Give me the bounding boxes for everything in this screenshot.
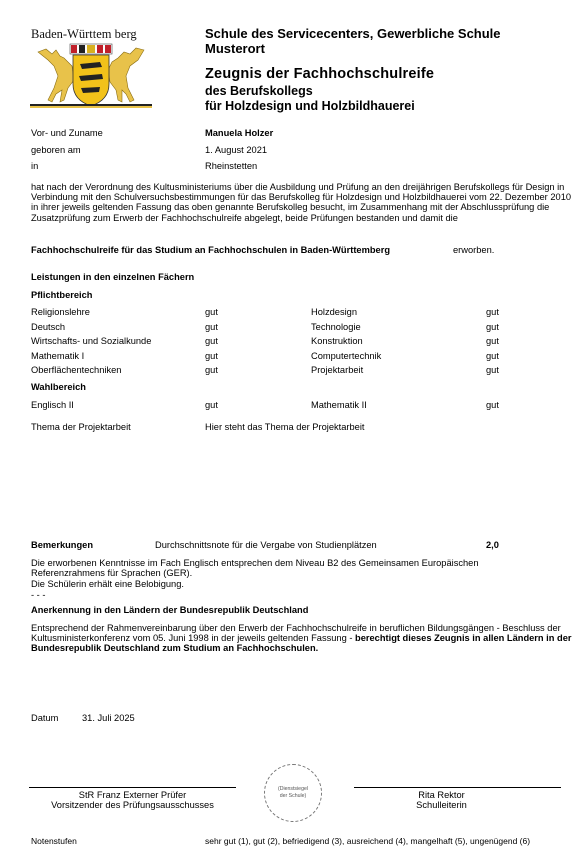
name-label: Vor- und Zuname <box>31 128 103 138</box>
subject-name: Religionslehre <box>31 307 90 317</box>
date-value: 31. Juli 2025 <box>82 713 135 723</box>
subject-grade: gut <box>486 365 499 375</box>
seal-line-2: der Schule) <box>265 793 321 799</box>
subject-name: Technologie <box>311 322 361 332</box>
subtitle-line-1: des Berufskollegs <box>205 84 415 99</box>
subject-grade: gut <box>486 322 499 332</box>
subject-name: Oberflächentechniken <box>31 365 121 375</box>
subject-grade: gut <box>205 322 218 332</box>
born-label: geboren am <box>31 145 81 155</box>
place-label: in <box>31 161 38 171</box>
subtitle-line-2: für Holzdesign und Holzbildhauerei <box>205 99 415 114</box>
subject-grade: gut <box>486 307 499 317</box>
remarks-label: Bemerkungen <box>31 540 93 550</box>
subject-name: Englisch II <box>31 400 74 410</box>
signer-1-name: StR Franz Externer Prüfer <box>29 790 236 800</box>
intro-paragraph: hat nach der Verordnung des Kultusminist… <box>31 182 576 223</box>
school-line-1: Schule des Servicecenters, Gewerbliche S… <box>205 26 501 41</box>
signer-2-role: Schulleiterin <box>354 800 529 810</box>
school-name: Schule des Servicecenters, Gewerbliche S… <box>205 26 501 56</box>
subject-grade: gut <box>205 400 218 410</box>
remarks-line-1: Die erworbenen Kenntnisse im Fach Englis… <box>31 558 551 578</box>
remarks-line-2: Die Schülerin erhält eine Belobigung. <box>31 579 184 589</box>
signature-line-1 <box>29 787 236 788</box>
subject-grade: gut <box>205 336 218 346</box>
subject-name: Deutsch <box>31 322 65 332</box>
school-line-2: Musterort <box>205 41 501 56</box>
elective-heading: Wahlbereich <box>31 382 86 392</box>
grade-scale-value: sehr gut (1), gut (2), befriedigend (3),… <box>205 836 530 846</box>
subject-grade: gut <box>486 351 499 361</box>
qualification-text: Fachhochschulreife für das Studium an Fa… <box>31 245 390 255</box>
subject-grade: gut <box>205 307 218 317</box>
subject-name: Holzdesign <box>311 307 357 317</box>
date-label: Datum <box>31 713 58 723</box>
recognition-heading: Anerkennung in den Ländern der Bundesrep… <box>31 605 308 615</box>
project-value: Hier steht das Thema der Projektarbeit <box>205 422 365 432</box>
signer-1: StR Franz Externer Prüfer Vorsitzender d… <box>29 790 236 810</box>
mandatory-heading: Pflichtbereich <box>31 290 92 300</box>
subject-name: Konstruktion <box>311 336 363 346</box>
average-value: 2,0 <box>486 540 499 550</box>
project-label: Thema der Projektarbeit <box>31 422 131 432</box>
coat-of-arms-icon <box>30 40 152 110</box>
remarks-line-3: - - - <box>31 590 45 600</box>
recognition-text: Entsprechend der Rahmenvereinbarung über… <box>31 623 579 654</box>
place-value: Rheinstetten <box>205 161 257 171</box>
subject-name: Wirtschafts- und Sozialkunde <box>31 336 151 346</box>
grade-scale-label: Notenstufen <box>31 836 77 846</box>
born-value: 1. August 2021 <box>205 145 267 155</box>
subject-grade: gut <box>486 400 499 410</box>
subject-name: Projektarbeit <box>311 365 363 375</box>
signer-2: Rita Rektor Schulleiterin <box>354 790 529 810</box>
document-subtitle: des Berufskollegs für Holzdesign und Hol… <box>205 84 415 114</box>
seal-line-1: (Dienstsiegel <box>265 786 321 792</box>
name-value: Manuela Holzer <box>205 128 273 138</box>
subject-name: Mathematik I <box>31 351 84 361</box>
subject-grade: gut <box>205 365 218 375</box>
subject-grade: gut <box>486 336 499 346</box>
document-title: Zeugnis der Fachhochschulreife <box>205 66 434 82</box>
official-seal-placeholder: (Dienstsiegel der Schule) <box>264 764 322 822</box>
average-label: Durchschnittsnote für die Vergabe von St… <box>155 540 377 550</box>
subject-grade: gut <box>205 351 218 361</box>
subject-name: Mathematik II <box>311 400 367 410</box>
subject-name: Computertechnik <box>311 351 381 361</box>
grades-heading: Leistungen in den einzelnen Fächern <box>31 272 194 282</box>
signer-2-name: Rita Rektor <box>354 790 529 800</box>
signer-1-role: Vorsitzender des Prüfungsausschusses <box>29 800 236 810</box>
acquired-text: erworben. <box>453 245 494 255</box>
signature-line-2 <box>354 787 561 788</box>
